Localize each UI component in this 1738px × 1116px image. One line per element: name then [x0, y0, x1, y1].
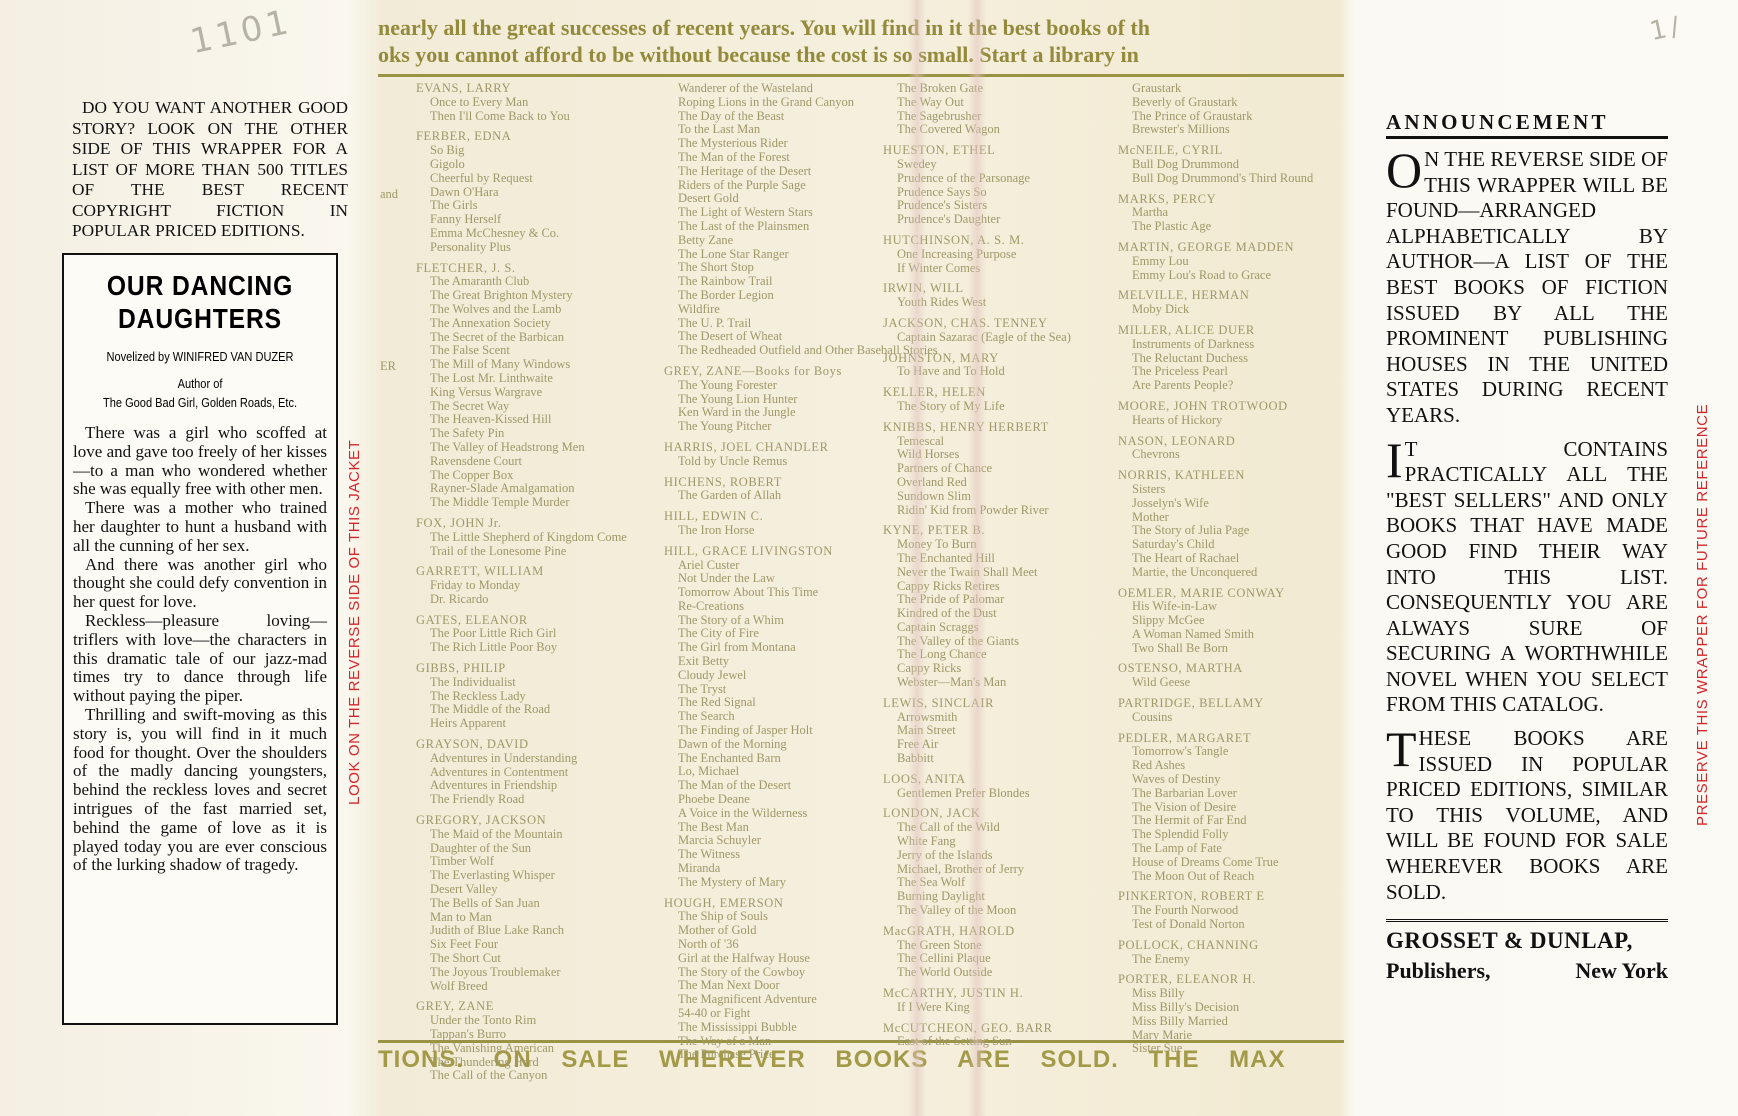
catalog-title: The Heaven-Kissed Hill: [416, 413, 651, 427]
catalog-title: The Redheaded Outfield and Other Basebal…: [664, 344, 894, 358]
catalog-author: NORRIS, KATHLEEN: [1118, 469, 1344, 483]
catalog-title: Desert Gold: [664, 192, 894, 206]
drop-cap: O: [1386, 149, 1422, 191]
catalog-title: The Rainbow Trail: [664, 275, 894, 289]
catalog-author: HARRIS, JOEL CHANDLER: [664, 441, 894, 455]
catalog-title: Told by Uncle Remus: [664, 455, 894, 469]
catalog-title: The Plastic Age: [1118, 220, 1344, 234]
catalog-title: The Wolves and the Lamb: [416, 303, 651, 317]
catalog-title: Once to Every Man: [416, 96, 651, 110]
blurb-paragraph: And there was another girl who thought s…: [73, 556, 327, 612]
catalog-title: Adventures in Contentment: [416, 766, 651, 780]
catalog-title: Mother of Gold: [664, 924, 894, 938]
announcement-paragraph: THESE BOOKS ARE ISSUED IN POPULAR PRICED…: [1386, 726, 1668, 905]
catalog-title: The Vanishing American: [416, 1042, 651, 1056]
catalog-title: Man to Man: [416, 911, 651, 925]
catalog-entry: PARTRIDGE, BELLAMYCousins: [1118, 697, 1344, 725]
catalog-title: Gigolo: [416, 158, 651, 172]
catalog-title: The City of Fire: [664, 627, 894, 641]
announcement-paragraph: IT CONTAINS PRACTICALLY ALL THE "BEST SE…: [1386, 437, 1668, 719]
catalog-title: The Man Next Door: [664, 979, 894, 993]
catalog-author: GATES, ELEANOR: [416, 614, 651, 628]
catalog-title: Riders of the Purple Sage: [664, 179, 894, 193]
catalog-title: Martha: [1118, 206, 1344, 220]
catalog-title: Wolf Breed: [416, 980, 651, 994]
dust-jacket: 1101 1/ Do you want another good story? …: [0, 0, 1738, 1116]
catalog-title: Dr. Ricardo: [416, 593, 651, 607]
catalog-author: GARRETT, WILLIAM: [416, 565, 651, 579]
margin-fragment: and: [380, 188, 398, 202]
catalog-title: The Poor Little Rich Girl: [416, 627, 651, 641]
catalog-author: HICHENS, ROBERT: [664, 476, 894, 490]
catalog-title: The Man of the Desert: [664, 779, 894, 793]
catalog-title: Waves of Destiny: [1118, 773, 1344, 787]
catalog-title: Slippy McGee: [1118, 614, 1344, 628]
catalog-author: FERBER, EDNA: [416, 130, 651, 144]
catalog-title: Adventures in Understanding: [416, 752, 651, 766]
catalog-title: A Voice in the Wilderness: [664, 807, 894, 821]
header-rule: [378, 74, 1344, 77]
catalog-title: Phoebe Deane: [664, 793, 894, 807]
catalog-title: Are Parents People?: [1118, 379, 1344, 393]
catalog-header-line2: oks you cannot afford to be without beca…: [378, 41, 1344, 68]
catalog-entry: GIBBS, PHILIPThe IndividualistThe Reckle…: [416, 662, 651, 731]
catalog-column-1: EVANS, LARRYOnce to Every ManThen I'll C…: [416, 82, 651, 1090]
catalog-entry: GREGORY, JACKSONThe Maid of the Mountain…: [416, 814, 651, 993]
catalog-title: Heirs Apparent: [416, 717, 651, 731]
catalog-title: Fanny Herself: [416, 213, 651, 227]
catalog-title: Re-Creations: [664, 600, 894, 614]
catalog-title: Moby Dick: [1118, 303, 1344, 317]
catalog-title: The Lamp of Fate: [1118, 842, 1344, 856]
catalog-entry: NASON, LEONARDChevrons: [1118, 435, 1344, 463]
author-of-label: Author of: [92, 376, 308, 391]
catalog-title: The Call of the Canyon: [416, 1069, 651, 1083]
blurb-paragraph: There was a mother who trained her daugh…: [73, 499, 327, 555]
catalog-title: The Finding of Jasper Holt: [664, 724, 894, 738]
catalog-title: Personality Plus: [416, 241, 651, 255]
catalog-title: The Witness: [664, 848, 894, 862]
fold-crease: [908, 0, 926, 1116]
catalog-title: The Magnificent Adventure: [664, 993, 894, 1007]
catalog-title: The Iron Horse: [664, 524, 894, 538]
catalog-title: Beverly of Graustark: [1118, 96, 1344, 110]
catalog-title: The Prince of Graustark: [1118, 110, 1344, 124]
catalog-title: The Valley of Headstrong Men: [416, 441, 651, 455]
catalog-title: The Friendly Road: [416, 793, 651, 807]
margin-fragment: ER: [380, 360, 396, 374]
catalog-title: The Middle of the Road: [416, 703, 651, 717]
book-blurb: There was a girl who scoffed at love and…: [73, 424, 327, 875]
catalog-author: OEMLER, MARIE CONWAY: [1118, 587, 1344, 601]
catalog-title: Miss Billy Married: [1118, 1015, 1344, 1029]
catalog-title: The Splendid Folly: [1118, 828, 1344, 842]
catalog-title: The Search: [664, 710, 894, 724]
catalog-title: The Rich Little Poor Boy: [416, 641, 651, 655]
catalog-title: Wild Geese: [1118, 676, 1344, 690]
catalog-entry: FOX, JOHN Jr.The Little Shepherd of King…: [416, 517, 651, 558]
catalog-title: To the Last Man: [664, 123, 894, 137]
catalog-title: The Light of Western Stars: [664, 206, 894, 220]
preserve-note: PRESERVE THIS WRAPPER FOR FUTURE REFEREN…: [1694, 404, 1711, 826]
publisher-block: GROSSET & DUNLAP, Publishers, New York: [1386, 919, 1668, 984]
catalog-title: Two Shall Be Born: [1118, 642, 1344, 656]
other-works: The Good Bad Girl, Golden Roads, Etc.: [92, 395, 308, 410]
catalog-title: Adventures in Friendship: [416, 779, 651, 793]
catalog-title: The Heart of Rachael: [1118, 552, 1344, 566]
catalog-title: Then I'll Come Back to You: [416, 110, 651, 124]
catalog-title: The Girls: [416, 199, 651, 213]
catalog-title: Cousins: [1118, 711, 1344, 725]
catalog-title: So Big: [416, 144, 651, 158]
catalog-title: The Little Shepherd of Kingdom Come: [416, 531, 651, 545]
catalog-title: The Story of the Cowboy: [664, 966, 894, 980]
catalog-author: HILL, EDWIN C.: [664, 510, 894, 524]
catalog-title: The False Scent: [416, 344, 651, 358]
catalog-title: The Purchase Price: [664, 1048, 894, 1062]
catalog-entry: NORRIS, KATHLEENSistersJosselyn's WifeMo…: [1118, 469, 1344, 579]
catalog-title: The Amaranth Club: [416, 275, 651, 289]
catalog-title: Emma McChesney & Co.: [416, 227, 651, 241]
catalog-title: Daughter of the Sun: [416, 842, 651, 856]
catalog-entry: GraustarkBeverly of GraustarkThe Prince …: [1118, 82, 1344, 137]
catalog-title: The Maid of the Mountain: [416, 828, 651, 842]
catalog-column-4: GraustarkBeverly of GraustarkThe Prince …: [1118, 82, 1344, 1063]
catalog-title: The Man of the Forest: [664, 151, 894, 165]
catalog-author: OSTENSO, MARTHA: [1118, 662, 1344, 676]
announcement-paragraph: ON THE REVERSE SIDE OF THIS WRAPPER WILL…: [1386, 147, 1668, 429]
catalog-title: Lo, Michael: [664, 765, 894, 779]
catalog-title: Cloudy Jewel: [664, 669, 894, 683]
fold-crease: [968, 0, 986, 1116]
catalog-title: The Moon Out of Reach: [1118, 870, 1344, 884]
catalog-title: The Enemy: [1118, 953, 1344, 967]
catalog-title: Dawn of the Morning: [664, 738, 894, 752]
catalog-title: The Short Stop: [664, 261, 894, 275]
catalog-title: Instruments of Darkness: [1118, 338, 1344, 352]
catalog-title: The Individualist: [416, 676, 651, 690]
catalog-author: GRAYSON, DAVID: [416, 738, 651, 752]
drop-cap: I: [1386, 439, 1403, 481]
catalog-title: Mary Marie: [1118, 1029, 1344, 1043]
catalog-title: Not Under the Law: [664, 572, 894, 586]
catalog-author: MILLER, ALICE DUER: [1118, 324, 1344, 338]
catalog-title: Miranda: [664, 862, 894, 876]
catalog-author: EVANS, LARRY: [416, 82, 651, 96]
catalog-title: House of Dreams Come True: [1118, 856, 1344, 870]
catalog-entry: MELVILLE, HERMANMoby Dick: [1118, 289, 1344, 317]
catalog-title: Tomorrow About This Time: [664, 586, 894, 600]
catalog-title: Brewster's Millions: [1118, 123, 1344, 137]
catalog-title: The Young Pitcher: [664, 420, 894, 434]
catalog-author: MARKS, PERCY: [1118, 193, 1344, 207]
catalog-entry: POLLOCK, CHANNINGThe Enemy: [1118, 939, 1344, 967]
blurb-paragraph: There was a girl who scoffed at love and…: [73, 424, 327, 499]
catalog-title: King Versus Wargrave: [416, 386, 651, 400]
catalog-author: McNEILE, CYRIL: [1118, 144, 1344, 158]
catalog-title: The Mystery of Mary: [664, 876, 894, 890]
catalog-entry: MARTIN, GEORGE MADDENEmmy LouEmmy Lou's …: [1118, 241, 1344, 282]
catalog-title: The Tryst: [664, 683, 894, 697]
catalog-author: HOUGH, EMERSON: [664, 897, 894, 911]
catalog-title: The Annexation Society: [416, 317, 651, 331]
catalog-title: Wanderer of the Wasteland: [664, 82, 894, 96]
pencil-mark: 1/: [1647, 11, 1686, 47]
catalog-entry: HARRIS, JOEL CHANDLERTold by Uncle Remus: [664, 441, 894, 469]
catalog-title: North of '36: [664, 938, 894, 952]
catalog-title: The Border Legion: [664, 289, 894, 303]
catalog-title: Desert Valley: [416, 883, 651, 897]
catalog-header: nearly all the great successes of recent…: [378, 14, 1344, 68]
catalog-title: Betty Zane: [664, 234, 894, 248]
catalog-title: The Story of a Whim: [664, 614, 894, 628]
catalog-author: GIBBS, PHILIP: [416, 662, 651, 676]
catalog-title: Emmy Lou: [1118, 255, 1344, 269]
catalog-entry: GARRETT, WILLIAMFriday to MondayDr. Rica…: [416, 565, 651, 606]
catalog-title: Bull Dog Drummond's Third Round: [1118, 172, 1344, 186]
catalog-title: Graustark: [1118, 82, 1344, 96]
catalog-title: The Red Signal: [664, 696, 894, 710]
catalog-title: Cheerful by Request: [416, 172, 651, 186]
catalog-title: Sisters: [1118, 483, 1344, 497]
catalog-author: PEDLER, MARGARET: [1118, 732, 1344, 746]
catalog-author: MARTIN, GEORGE MADDEN: [1118, 241, 1344, 255]
catalog-title: The Garden of Allah: [664, 489, 894, 503]
catalog-title: Exit Betty: [664, 655, 894, 669]
catalog-title: The Fourth Norwood: [1118, 904, 1344, 918]
catalog-title: The U. P. Trail: [664, 317, 894, 331]
catalog-entry: HILL, GRACE LIVINGSTONAriel CusterNot Un…: [664, 545, 894, 890]
announcement: ANNOUNCEMENT ON THE REVERSE SIDE OF THIS…: [1386, 110, 1668, 984]
catalog-author: GREY, ZANE—Books for Boys: [664, 365, 894, 379]
catalog-title: Timber Wolf: [416, 855, 651, 869]
catalog-title: Girl at the Halfway House: [664, 952, 894, 966]
catalog-author: GREY, ZANE: [416, 1000, 651, 1014]
catalog-panel: nearly all the great successes of recent…: [378, 0, 1344, 1116]
catalog-title: Emmy Lou's Road to Grace: [1118, 269, 1344, 283]
catalog-title: Josselyn's Wife: [1118, 497, 1344, 511]
book-title-line1: OUR DANCING: [88, 269, 312, 302]
novelized-by: Novelized by WINIFRED VAN DUZER: [92, 349, 308, 364]
catalog-title: The Lost Mr. Linthwaite: [416, 372, 651, 386]
catalog-title: The Secret Way: [416, 400, 651, 414]
catalog-title: The Last of the Plainsmen: [664, 220, 894, 234]
catalog-entry: Wanderer of the WastelandRoping Lions in…: [664, 82, 894, 358]
catalog-column-2: Wanderer of the WastelandRoping Lions in…: [664, 82, 894, 1069]
reverse-side-note: LOOK ON THE REVERSE SIDE OF THIS JACKET: [346, 440, 363, 805]
intro-notice: Do you want another good story? Look on …: [72, 98, 348, 242]
catalog-title: Ravensdene Court: [416, 455, 651, 469]
catalog-author: HILL, GRACE LIVINGSTON: [664, 545, 894, 559]
catalog-title: Ken Ward in the Jungle: [664, 406, 894, 420]
catalog-author: MOORE, JOHN TROTWOOD: [1118, 400, 1344, 414]
catalog-entry: McNEILE, CYRILBull Dog DrummondBull Dog …: [1118, 144, 1344, 185]
catalog-entry: GATES, ELEANORThe Poor Little Rich GirlT…: [416, 614, 651, 655]
catalog-title: The Enchanted Barn: [664, 752, 894, 766]
catalog-entry: FERBER, EDNASo BigGigoloCheerful by Requ…: [416, 130, 651, 254]
catalog-entry: HILL, EDWIN C.The Iron Horse: [664, 510, 894, 538]
catalog-entry: HOUGH, EMERSONThe Ship of SoulsMother of…: [664, 897, 894, 1063]
catalog-title: Dawn O'Hara: [416, 186, 651, 200]
catalog-title: Martie, the Unconquered: [1118, 566, 1344, 580]
catalog-title: A Woman Named Smith: [1118, 628, 1344, 642]
catalog-title: Miss Billy: [1118, 987, 1344, 1001]
catalog-title: Friday to Monday: [416, 579, 651, 593]
catalog-title: Trail of the Lonesome Pine: [416, 545, 651, 559]
catalog-title: The Mill of Many Windows: [416, 358, 651, 372]
catalog-title: The Hermit of Far End: [1118, 814, 1344, 828]
book-description-box: OUR DANCING DAUGHTERS Novelized by WINIF…: [62, 253, 338, 1025]
catalog-title: The Best Man: [664, 821, 894, 835]
catalog-entry: PINKERTON, ROBERT EThe Fourth NorwoodTes…: [1118, 890, 1344, 931]
catalog-title: Sister Sue: [1118, 1042, 1344, 1056]
catalog-title: Rayner-Slade Amalgamation: [416, 482, 651, 496]
catalog-entry: GREY, ZANE—Books for BoysThe Young Fores…: [664, 365, 894, 434]
catalog-entry: MILLER, ALICE DUERInstruments of Darknes…: [1118, 324, 1344, 393]
catalog-entry: MARKS, PERCYMarthaThe Plastic Age: [1118, 193, 1344, 234]
catalog-title: 54-40 or Fight: [664, 1007, 894, 1021]
catalog-title: The Great Brighton Mystery: [416, 289, 651, 303]
catalog-title: The Lone Star Ranger: [664, 248, 894, 262]
pencil-mark: 1101: [187, 2, 296, 62]
catalog-entry: OSTENSO, MARTHAWild Geese: [1118, 662, 1344, 690]
catalog-entry: FLETCHER, J. S.The Amaranth ClubThe Grea…: [416, 262, 651, 510]
catalog-title: The Day of the Beast: [664, 110, 894, 124]
catalog-title: The Young Lion Hunter: [664, 393, 894, 407]
catalog-author: FOX, JOHN Jr.: [416, 517, 651, 531]
catalog-title: Wildfire: [664, 303, 894, 317]
catalog-title: The Barbarian Lover: [1118, 787, 1344, 801]
catalog-title: The Safety Pin: [416, 427, 651, 441]
catalog-title: Six Feet Four: [416, 938, 651, 952]
catalog-author: MELVILLE, HERMAN: [1118, 289, 1344, 303]
catalog-title: Hearts of Hickory: [1118, 414, 1344, 428]
catalog-title: The Reckless Lady: [416, 690, 651, 704]
catalog-title: Bull Dog Drummond: [1118, 158, 1344, 172]
catalog-title: His Wife-in-Law: [1118, 600, 1344, 614]
catalog-title: Judith of Blue Lake Ranch: [416, 924, 651, 938]
catalog-title: Tomorrow's Tangle: [1118, 745, 1344, 759]
publisher-location: Publishers, New York: [1386, 958, 1668, 984]
catalog-title: The Priceless Pearl: [1118, 365, 1344, 379]
publisher-name: GROSSET & DUNLAP,: [1386, 928, 1668, 954]
catalog-title: Mother: [1118, 511, 1344, 525]
catalog-title: The Thundering Herd: [416, 1056, 651, 1070]
catalog-title: The Mysterious Rider: [664, 137, 894, 151]
catalog-author: NASON, LEONARD: [1118, 435, 1344, 449]
catalog-title: Test of Donald Norton: [1118, 918, 1344, 932]
catalog-title: The Everlasting Whisper: [416, 869, 651, 883]
catalog-title: Roping Lions in the Grand Canyon: [664, 96, 894, 110]
intro-text: Do you want another good story? Look on …: [72, 98, 348, 242]
catalog-title: The Vision of Desire: [1118, 801, 1344, 815]
catalog-title: The Girl from Montana: [664, 641, 894, 655]
catalog-entry: HICHENS, ROBERTThe Garden of Allah: [664, 476, 894, 504]
catalog-title: The Story of Julia Page: [1118, 524, 1344, 538]
catalog-author: FLETCHER, J. S.: [416, 262, 651, 276]
catalog-title: The Way of a Man: [664, 1035, 894, 1049]
catalog-entry: PEDLER, MARGARETTomorrow's TangleRed Ash…: [1118, 732, 1344, 884]
catalog-title: Under the Tonto Rim: [416, 1014, 651, 1028]
catalog-entry: EVANS, LARRYOnce to Every ManThen I'll C…: [416, 82, 651, 123]
announcement-heading: ANNOUNCEMENT: [1386, 110, 1668, 139]
catalog-entry: PORTER, ELEANOR H.Miss BillyMiss Billy's…: [1118, 973, 1344, 1056]
catalog-title: The Reluctant Duchess: [1118, 352, 1344, 366]
catalog-title: The Joyous Troublemaker: [416, 966, 651, 980]
catalog-title: Tappan's Burro: [416, 1028, 651, 1042]
catalog-author: GREGORY, JACKSON: [416, 814, 651, 828]
catalog-title: Miss Billy's Decision: [1118, 1001, 1344, 1015]
blurb-paragraph: Thrilling and swift-moving as this story…: [73, 706, 327, 875]
catalog-title: The Mississippi Bubble: [664, 1021, 894, 1035]
drop-cap: T: [1386, 728, 1417, 770]
catalog-title: The Desert of Wheat: [664, 330, 894, 344]
blurb-paragraph: Reckless—pleasure loving—triflers with l…: [73, 612, 327, 706]
announcement-body: ON THE REVERSE SIDE OF THIS WRAPPER WILL…: [1386, 147, 1668, 905]
catalog-entry: OEMLER, MARIE CONWAYHis Wife-in-LawSlipp…: [1118, 587, 1344, 656]
catalog-title: The Young Forester: [664, 379, 894, 393]
catalog-author: PINKERTON, ROBERT E: [1118, 890, 1344, 904]
catalog-title: Ariel Custer: [664, 559, 894, 573]
catalog-title: The Middle Temple Murder: [416, 496, 651, 510]
catalog-author: PARTRIDGE, BELLAMY: [1118, 697, 1344, 711]
catalog-title: The Copper Box: [416, 469, 651, 483]
catalog-title: The Secret of the Barbican: [416, 331, 651, 345]
catalog-author: PORTER, ELEANOR H.: [1118, 973, 1344, 987]
catalog-title: The Bells of San Juan: [416, 897, 651, 911]
catalog-entry: GREY, ZANEUnder the Tonto RimTappan's Bu…: [416, 1000, 651, 1083]
catalog-entry: MOORE, JOHN TROTWOODHearts of Hickory: [1118, 400, 1344, 428]
catalog-title: The Heritage of the Desert: [664, 165, 894, 179]
catalog-author: POLLOCK, CHANNING: [1118, 939, 1344, 953]
catalog-title: Red Ashes: [1118, 759, 1344, 773]
book-title-line2: DAUGHTERS: [88, 302, 312, 335]
catalog-header-line1: nearly all the great successes of recent…: [378, 14, 1344, 41]
catalog-title: Saturday's Child: [1118, 538, 1344, 552]
catalog-title: The Short Cut: [416, 952, 651, 966]
catalog-title: The Ship of Souls: [664, 910, 894, 924]
catalog-entry: GRAYSON, DAVIDAdventures in Understandin…: [416, 738, 651, 807]
catalog-title: Marcia Schuyler: [664, 834, 894, 848]
catalog-title: Chevrons: [1118, 448, 1344, 462]
